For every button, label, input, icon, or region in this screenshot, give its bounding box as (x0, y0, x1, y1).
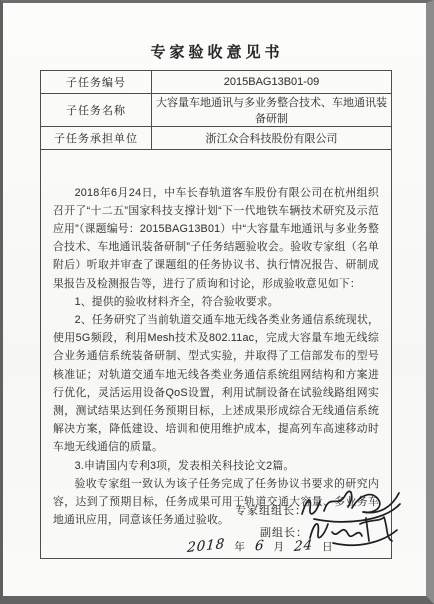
subtask-unit-value: 浙江众合科技股份有限公司 (152, 127, 392, 150)
subtask-name-value: 大容量车地通讯与多业务整合技术、车地通讯装备研制 (152, 94, 392, 127)
handwritten-day: 24 (293, 537, 313, 555)
opinion-paragraph: 3.申请国内专利3项，发表相关科技论文2篇。 (53, 457, 379, 475)
signature-date: 2018 年 6 月 24 日 (187, 538, 334, 554)
subtask-unit-label: 子任务承担单位 (41, 127, 152, 150)
scanned-document: { "document": { "title": "专家验收意见书", "inf… (0, 0, 434, 604)
subtask-name-label: 子任务名称 (41, 94, 152, 127)
subtask-number-label: 子任务编号 (41, 71, 152, 94)
opinion-paragraph: 2018年6月24日，中车长春轨道客车股份有限公司在杭州组织召开了“十二五”国家… (53, 184, 379, 293)
table-row: 子任务编号 2015BAG13B01-09 (41, 71, 392, 94)
handwritten-month: 6 (254, 537, 265, 554)
opinion-paragraph: 1、提供的验收材料齐全，符合验收要求。 (53, 293, 379, 311)
month-label: 月 (273, 539, 285, 554)
acceptance-table: 子任务编号 2015BAG13B01-09 子任务名称 大容量车地通讯与多业务整… (40, 70, 392, 559)
opinion-text: 2018年6月24日，中车长春轨道客车股份有限公司在杭州组织召开了“十二五”国家… (45, 179, 387, 530)
handwritten-year: 2018 (187, 536, 226, 556)
table-row: 子任务承担单位 浙江众合科技股份有限公司 (41, 127, 392, 150)
year-label: 年 (234, 539, 246, 554)
day-label: 日 (322, 539, 334, 554)
opinion-paragraph: 2、任务研究了当前轨道交通车地无线各类业务通信系统现状，使用5G频段，利用Mes… (53, 311, 379, 457)
page-title: 专家验收意见书 (0, 41, 434, 62)
subtask-number-value: 2015BAG13B01-09 (152, 71, 392, 94)
table-row: 2018年6月24日，中车长春轨道客车股份有限公司在杭州组织召开了“十二五”国家… (41, 150, 392, 559)
opinion-body-cell: 2018年6月24日，中车长春轨道客车股份有限公司在杭州组织召开了“十二五”国家… (41, 150, 392, 559)
table-row: 子任务名称 大容量车地通讯与多业务整合技术、车地通讯装备研制 (41, 94, 392, 127)
